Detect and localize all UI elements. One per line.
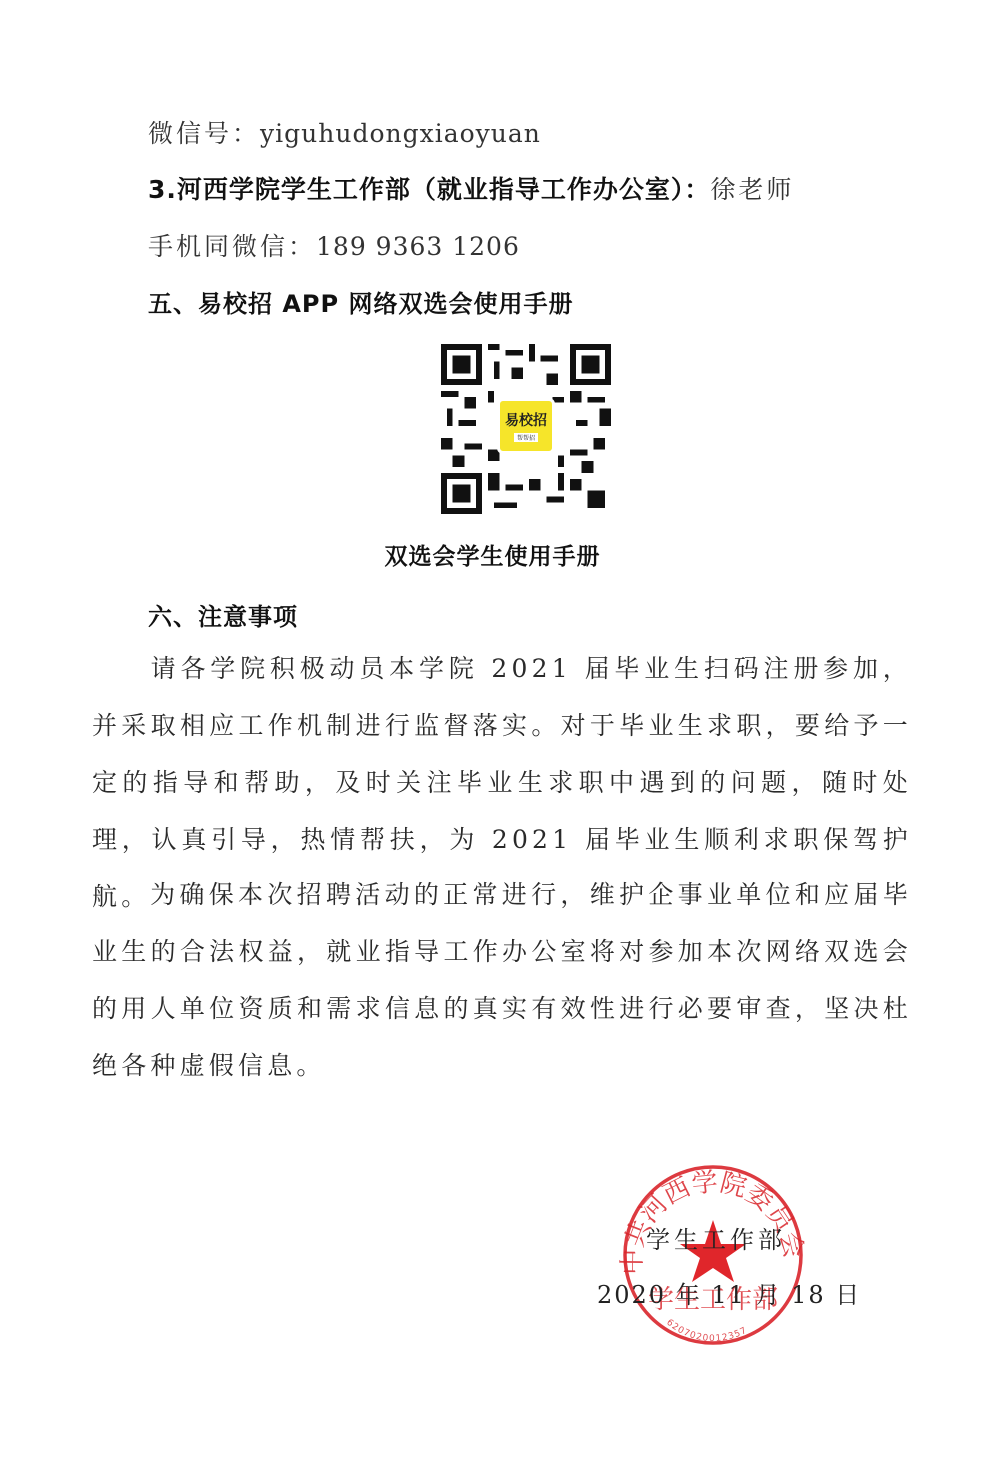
- contact-item-3: 3.河西学院学生工作部（就业指导工作办公室）：徐老师: [148, 170, 794, 206]
- notice-paragraph-2-text: 为确保本次招聘活动的正常进行，维护企事业单位和应届毕业生的合法权益，就业指导工作…: [92, 880, 912, 1080]
- phone-number: 189 9363 1206: [316, 232, 520, 261]
- phone-line: 手机同微信：189 9363 1206: [148, 227, 520, 263]
- phone-label: 手机同微信：: [148, 232, 316, 261]
- qr-logo-subtext: 帮帮招: [514, 433, 538, 442]
- official-seal-stamp: 中共河西学院委员会 学生工作部 6207020012357: [608, 1160, 818, 1350]
- signature-date: 2020 年 11 月 18 日: [597, 1275, 861, 1310]
- qr-caption: 双选会学生使用手册: [0, 538, 985, 571]
- section-6-heading: 六、注意事项: [148, 597, 298, 632]
- contact-item-3-title: 3.河西学院学生工作部（就业指导工作办公室）：: [148, 175, 710, 204]
- wechat-line: 微信号：yiguhudongxiaoyuan: [148, 114, 541, 150]
- yixiaozhao-logo: 易校招 帮帮招: [497, 398, 555, 454]
- wechat-id: yiguhudongxiaoyuan: [260, 119, 541, 148]
- notice-paragraph-2: 为确保本次招聘活动的正常进行，维护企事业单位和应届毕业生的合法权益，就业指导工作…: [92, 866, 912, 1094]
- contact-item-3-person: 徐老师: [710, 175, 794, 204]
- signature-department: 学生工作部: [646, 1220, 786, 1255]
- qr-logo-text: 易校招: [505, 410, 547, 430]
- wechat-label: 微信号：: [148, 119, 260, 148]
- section-5-heading: 五、易校招 APP 网络双选会使用手册: [148, 284, 573, 319]
